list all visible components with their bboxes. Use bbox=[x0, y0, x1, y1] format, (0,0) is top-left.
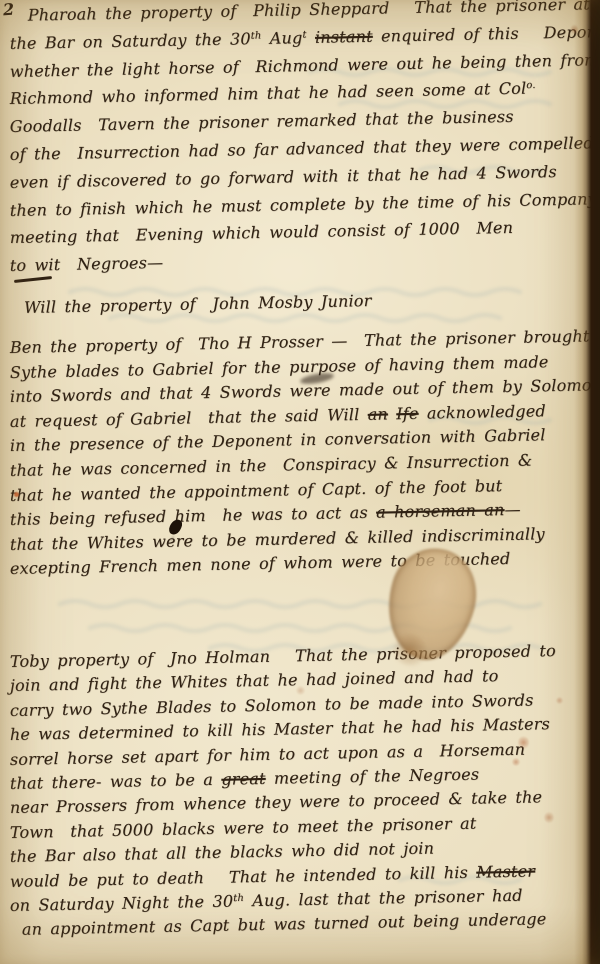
manuscript-page: 2 Pharoah the property of Philip Sheppar… bbox=[0, 0, 600, 964]
paragraph-pharoah: Pharoah the property of Philip Sheppard … bbox=[10, 8, 572, 286]
handwritten-text: o. bbox=[526, 80, 536, 91]
handwritten-text: enquired of this Deponent bbox=[373, 21, 600, 45]
handwritten-text: meeting of the Negroes bbox=[265, 765, 479, 788]
manuscript-line: Will the property of John Mosby Junior bbox=[24, 289, 572, 316]
handwritten-text: that there- was to be a bbox=[10, 770, 222, 793]
paragraph-toby: Toby property of Jno Holman That the pri… bbox=[10, 654, 572, 947]
struck-text: Master bbox=[476, 861, 535, 881]
handwritten-text: th bbox=[251, 30, 262, 41]
handwritten-text: to wit Negroes— bbox=[10, 253, 164, 275]
handwritten-text: acknowledged bbox=[418, 401, 546, 423]
struck-text: Ife bbox=[396, 404, 419, 423]
struck-text: great bbox=[221, 769, 266, 789]
struck-text: instant bbox=[315, 27, 373, 47]
manuscript: Pharoah the property of Philip Sheppard … bbox=[0, 0, 600, 964]
struck-text: an bbox=[368, 404, 389, 423]
struck-text: a horseman an bbox=[376, 500, 505, 522]
handwritten-text: the Bar on Saturday the 30 bbox=[10, 29, 251, 53]
handwritten-text: Aug bbox=[261, 28, 302, 48]
handwritten-text: on Saturday Night the 30 bbox=[10, 891, 234, 914]
paragraph-will: Will the property of John Mosby Junior bbox=[24, 300, 572, 316]
handwritten-text: Will the property of John Mosby Junior bbox=[24, 291, 372, 317]
handwritten-text: — bbox=[504, 500, 521, 519]
paragraph-ben: Ben the property of Tho H Prosser — That… bbox=[10, 340, 572, 586]
handwritten-text: th bbox=[233, 893, 244, 904]
handwritten-text: Pharoah the property of Philip Sheppard … bbox=[28, 0, 590, 25]
